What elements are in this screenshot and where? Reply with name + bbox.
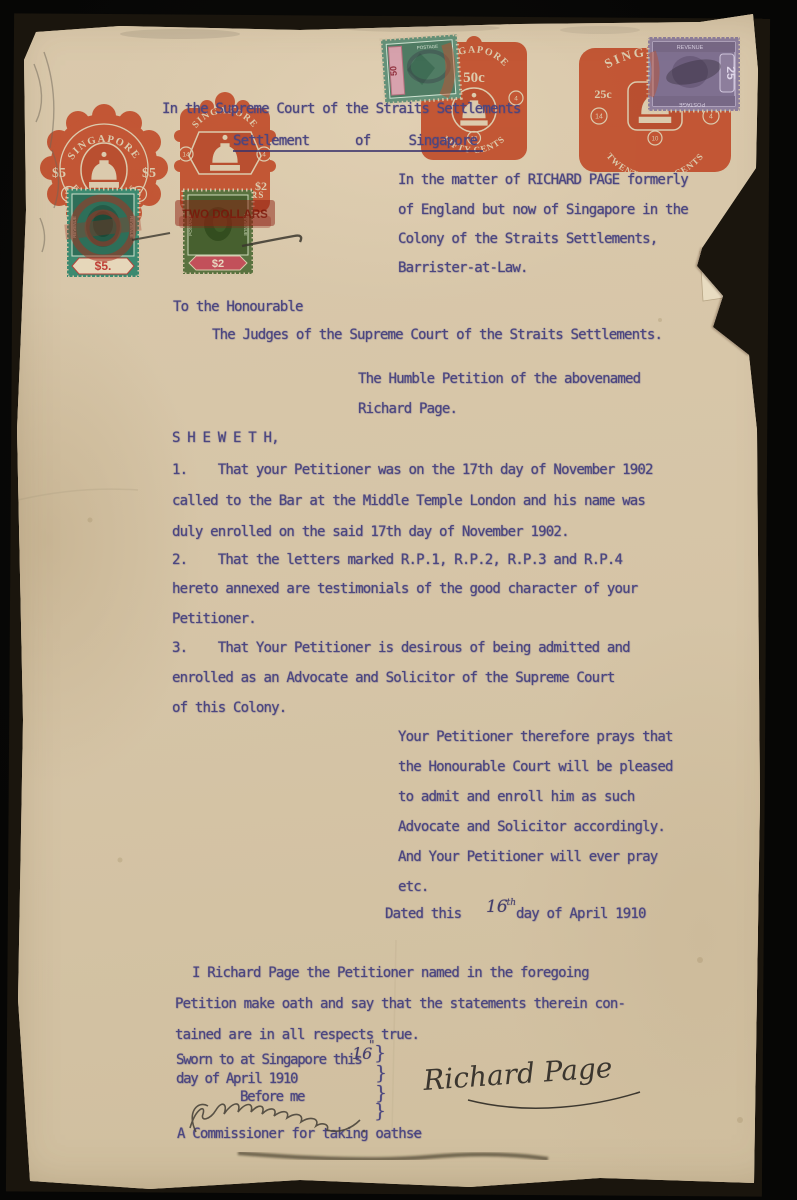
petition-paper: SINGAPORE $5 $5 14 4 FIVE DOLLARS [0,0,797,1200]
petitioner-signature-flourish [468,1092,640,1108]
petitioner-signature: Richard Page [421,1051,613,1097]
commissioner-signature [190,1104,365,1132]
signatures-layer: Richard Page [0,0,797,1200]
scanned-document-stage: SINGAPORE $5 $5 14 4 FIVE DOLLARS [0,0,797,1200]
